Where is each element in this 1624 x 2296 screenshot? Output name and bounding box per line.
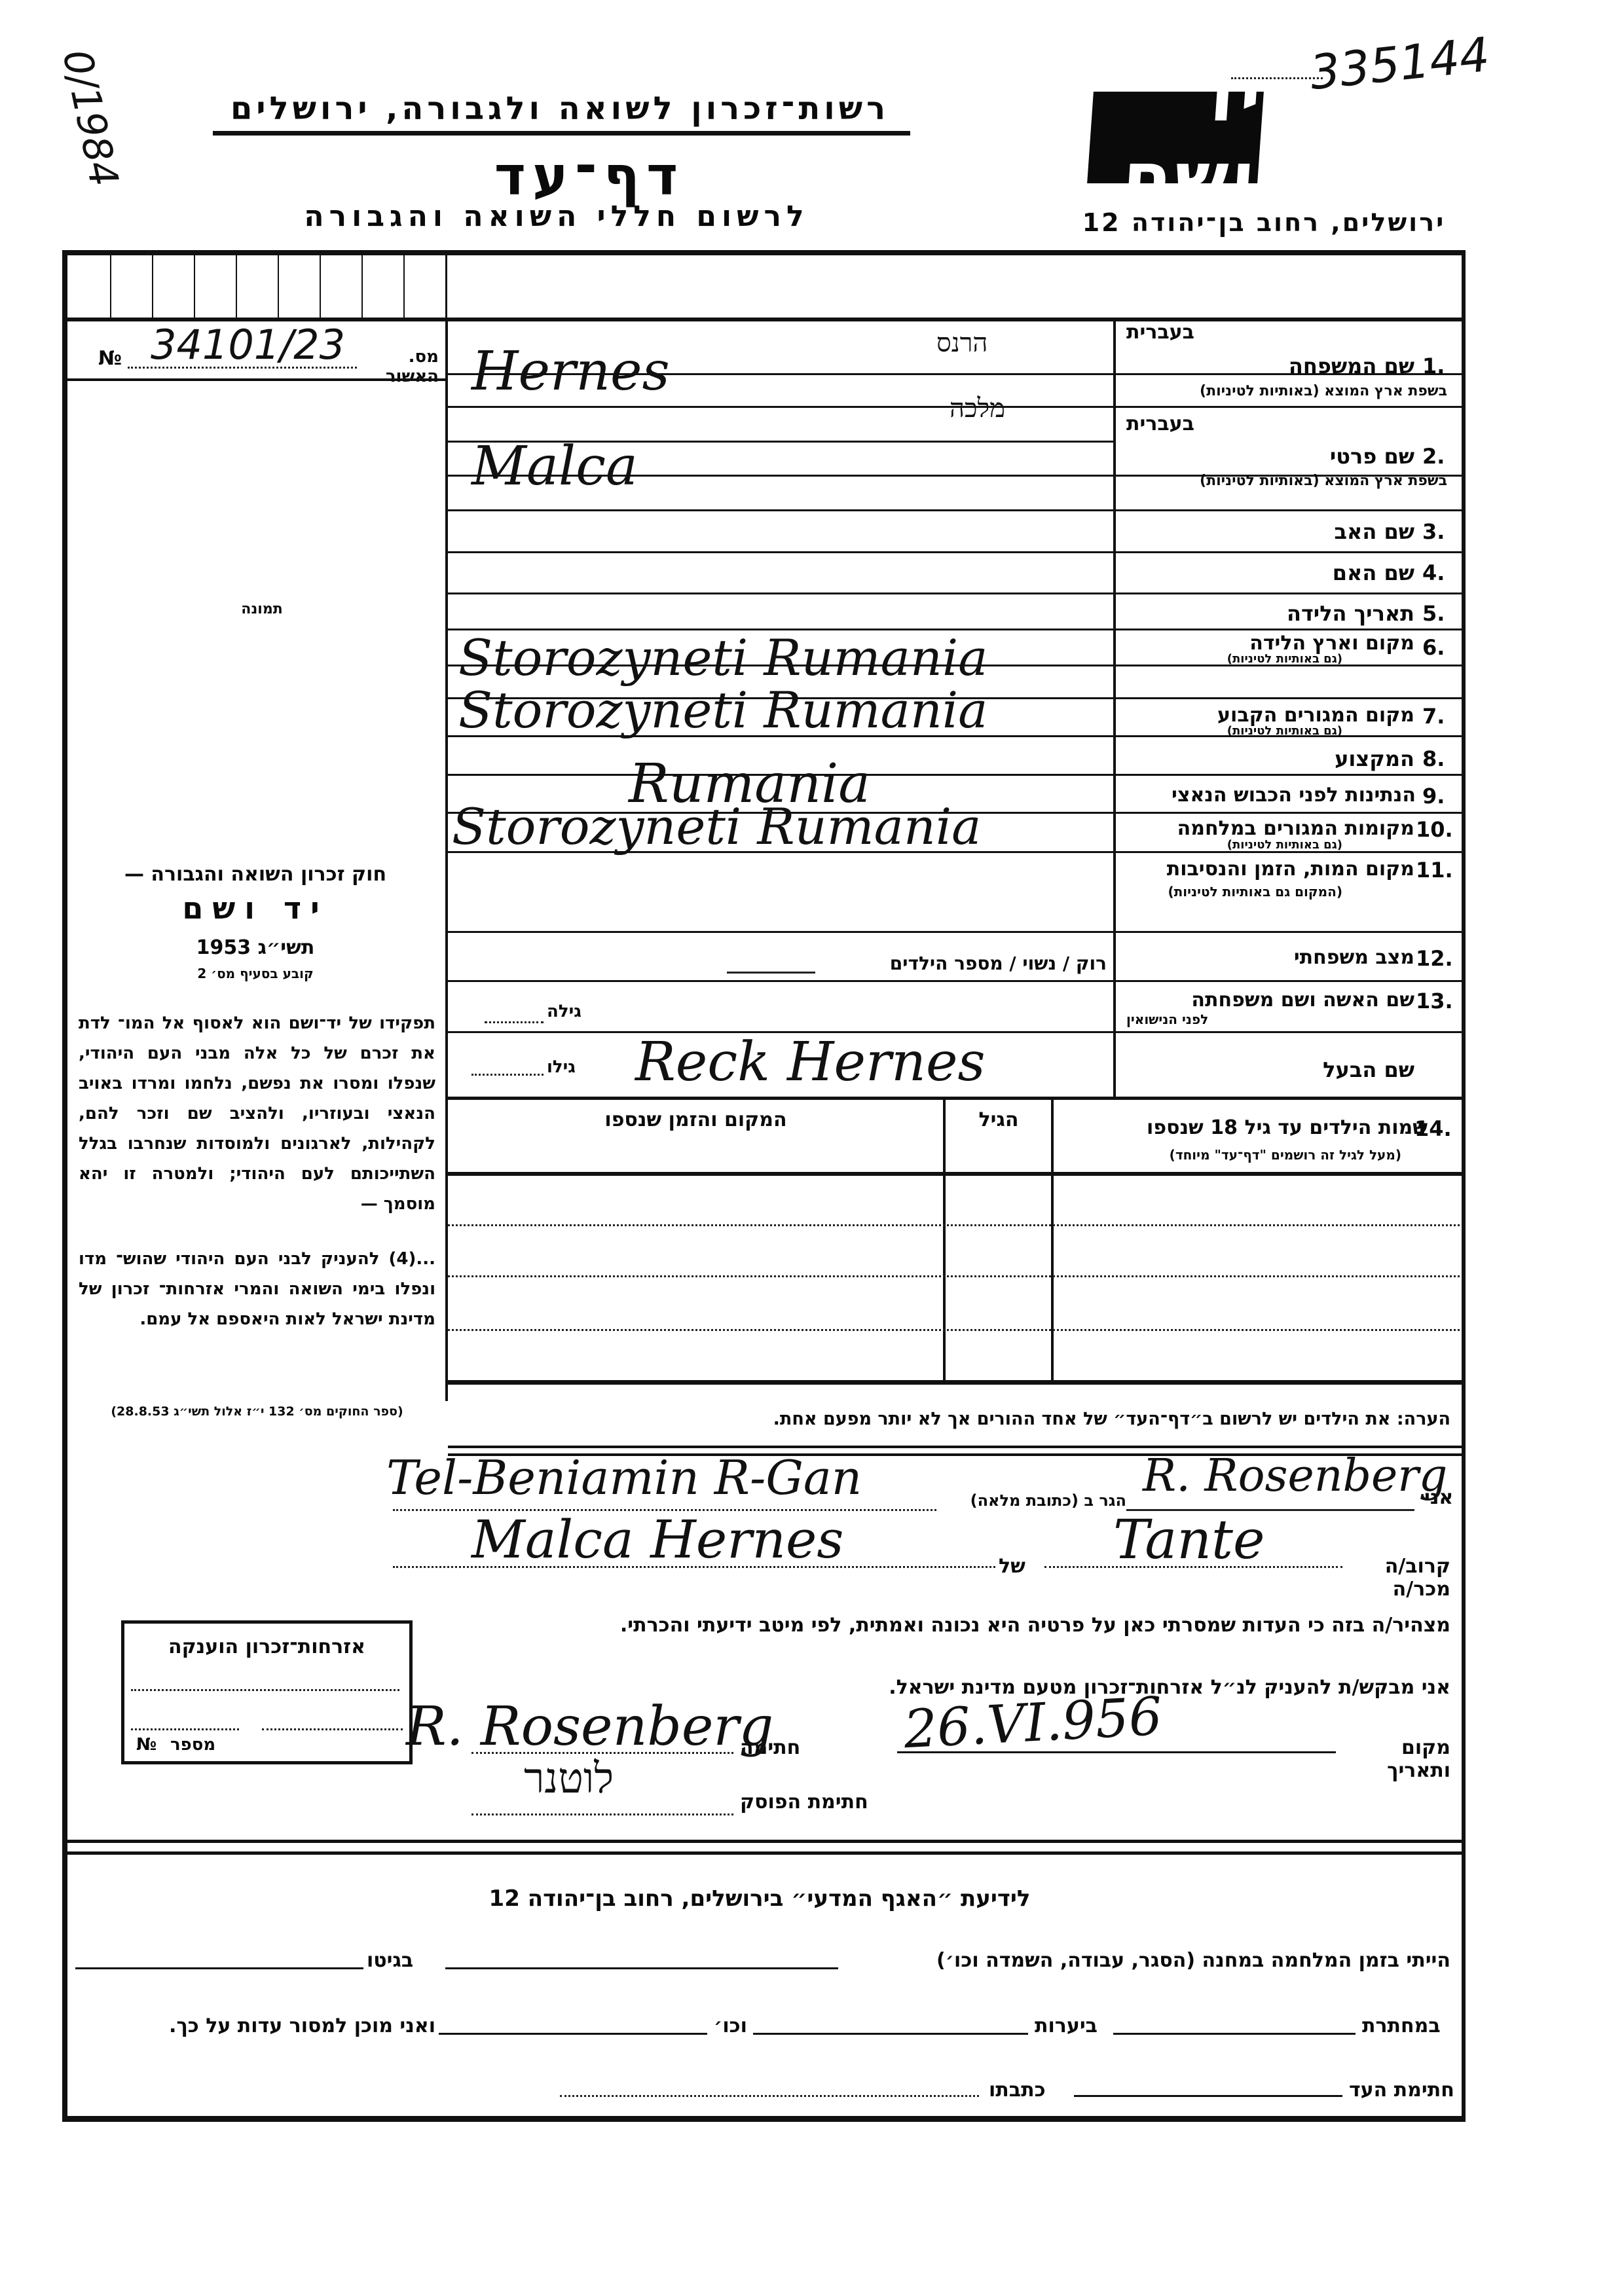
decl-relation-value[interactable]: Tante <box>1113 1509 1265 1571</box>
tick-box <box>445 255 447 318</box>
field-2-sub: בשפת ארץ המוצא (באותיות לטיניות) <box>1126 473 1447 489</box>
field-12-number: 12. <box>1416 946 1453 971</box>
tick-box <box>110 255 111 318</box>
footer-heading: לידיעת ״האגף המדעי״ בירושלים, רחוב בן־יה… <box>393 1886 1126 1912</box>
field-3-label: שם האב <box>1153 519 1414 544</box>
husband-value[interactable]: Reck Hernes <box>635 1031 986 1093</box>
citizenship-granted-box: אזרחות־זכרון הוענקה № מספר <box>121 1620 413 1764</box>
tick-box <box>194 255 195 318</box>
footer-separator-1 <box>65 1840 1464 1843</box>
tick-box <box>320 255 321 318</box>
decl-relation-line <box>1044 1566 1342 1568</box>
children-row[interactable] <box>452 1228 1460 1273</box>
row-line <box>1113 406 1462 408</box>
field-10-label: מקומות המגורים במלחמה <box>1139 817 1414 840</box>
law-citation: (ספר החוקים מס׳ 132 י״ז אלול תשי״ג 28.8.… <box>69 1404 445 1419</box>
wife-age-label: גילה <box>547 1002 581 1021</box>
children-header-line <box>448 1172 1462 1176</box>
field-1-label: שם המשפחה <box>1153 354 1414 378</box>
tick-box <box>278 255 279 318</box>
children-label: שמות הילדים עד גיל 18 שנספו <box>1061 1116 1428 1139</box>
children-count-line[interactable] <box>727 972 815 974</box>
child-place[interactable] <box>452 1178 940 1224</box>
field-7-value[interactable]: Storozyneti Rumania <box>458 681 987 739</box>
field-2-hebrew-tag: בעברית <box>1126 412 1231 435</box>
field-6-number: 6. <box>1422 635 1445 660</box>
footer-forests-line <box>753 2033 1028 2035</box>
decider-signature[interactable]: לוטנר <box>524 1755 614 1803</box>
footer-camp-label: הייתי בזמן המלחמה במחנה (הסגר, עבודה, הש… <box>845 1949 1450 1972</box>
children-note: הערה: את הילדים יש לרשום ב״דף־העד״ של אח… <box>668 1409 1450 1429</box>
child-place[interactable] <box>452 1228 940 1273</box>
field-5-number: 5. <box>1422 601 1445 626</box>
decider-line <box>471 1813 733 1815</box>
tick-box <box>236 255 237 318</box>
field-6-sub: (גם באותיות לטיניות) <box>1126 652 1342 666</box>
place-date-label: מקום ותאריך <box>1342 1736 1450 1782</box>
field-1-sub: בשפת ארץ המוצא (באותיות לטיניות) <box>1126 383 1447 399</box>
children-table-bottom <box>448 1380 1462 1385</box>
row-line <box>448 774 1462 776</box>
field-4-value[interactable] <box>452 554 1110 592</box>
children-row[interactable] <box>452 1278 1460 1327</box>
footer-underground-line <box>1113 2033 1356 2035</box>
field-13-number: 13. <box>1416 989 1453 1013</box>
child-place[interactable] <box>452 1278 940 1327</box>
citizenship-box-line-1 <box>131 1689 399 1691</box>
law-name: יד ושם <box>72 890 439 926</box>
field-8-label: המקצוע <box>1153 746 1414 771</box>
place-date-line <box>897 1751 1336 1753</box>
children-row[interactable] <box>452 1332 1460 1378</box>
footer-etc-line <box>439 2033 707 2035</box>
handwritten-ref-right: 335144 <box>1307 27 1492 100</box>
approval-no-sign: № <box>98 347 122 370</box>
decl-of-label: של <box>999 1555 1025 1578</box>
note-line-1 <box>448 1446 1462 1448</box>
field-4-label: שם האם <box>1153 560 1414 585</box>
child-name[interactable] <box>1054 1178 1460 1224</box>
field-7-number: 7. <box>1422 704 1445 729</box>
row-line <box>448 551 1462 553</box>
decider-label: חתימת הפוסק <box>740 1791 868 1813</box>
child-age[interactable] <box>946 1228 1051 1273</box>
footer-testify-label: ואני מוכן למסור עדות על כך. <box>79 2014 435 2037</box>
children-row-line <box>448 1275 1460 1277</box>
field-11-label: מקום המות, הזמן והנסיבות <box>1133 858 1414 881</box>
row-line <box>448 931 1462 933</box>
footer-witness-signature-line[interactable] <box>1074 2095 1342 2097</box>
field-11-value[interactable] <box>452 854 1110 930</box>
marital-status-options[interactable]: רוק / נשוי / מספר הילדים <box>819 953 1107 974</box>
child-place[interactable] <box>452 1332 940 1378</box>
footer-underground-label: במחתרת <box>1362 2014 1441 2037</box>
decl-of-line <box>393 1566 995 1568</box>
law-paragraph-1: תפקידו של יד־ושם הוא לאסוף אל המו־ לדת א… <box>79 1008 435 1219</box>
field-10-number: 10. <box>1416 817 1453 842</box>
child-name[interactable] <box>1054 1278 1460 1327</box>
frame-top <box>62 250 1466 255</box>
footer-etc-label: וכו׳ <box>714 2014 747 2037</box>
footer-address-label: כתבתו <box>989 2079 1046 2102</box>
field-2-latin-value[interactable]: Malca <box>471 435 638 498</box>
header-address: ירושלים, רחוב בן־יהודה 12 <box>1074 208 1454 237</box>
field-13-value[interactable] <box>589 985 1107 1028</box>
child-age[interactable] <box>946 1332 1051 1378</box>
field-2-hebrew-value[interactable]: מלכה <box>950 393 1005 424</box>
decl-name-value[interactable]: R. Rosenberg <box>1143 1450 1447 1502</box>
field-1-hebrew-value[interactable]: הרנס <box>936 327 987 358</box>
law-paragraph-2: ...(4) להעניק לבני העם היהודי שהוש־ מדו … <box>79 1244 435 1334</box>
handwritten-ref-left: 0/1984 <box>54 46 127 191</box>
approval-number-value[interactable]: 34101/23 <box>151 321 345 369</box>
row-line <box>448 1097 1462 1100</box>
tick-box <box>361 255 363 318</box>
footer-forests-label: ביערות <box>1035 2014 1098 2037</box>
child-name[interactable] <box>1054 1332 1460 1378</box>
field-6-value[interactable]: Storozyneti Rumania <box>458 629 987 687</box>
field-1-latin-value[interactable]: Hernes <box>471 340 670 403</box>
citizenship-box-title: אזרחות־זכרון הוענקה <box>124 1635 409 1658</box>
field-5-value[interactable] <box>452 595 1110 628</box>
field-7-sub: (גם באותיות לטיניות) <box>1126 724 1342 738</box>
decl-address-value[interactable]: Tel-Beniamin R-Gan <box>386 1450 862 1505</box>
left-column-divider <box>445 321 448 1401</box>
footer-separator-2 <box>65 1851 1464 1855</box>
footer-ghetto-line <box>75 1967 363 1969</box>
yad-vashem-logo: יד ושם <box>1087 92 1264 183</box>
law-section: קובע בסעיף מס׳ 2 <box>72 966 439 981</box>
field-13-sub: לפני הנישואין <box>1126 1011 1244 1027</box>
footer-ghetto-label: בגיטו <box>367 1949 413 1972</box>
field-5-label: תאריך הלידה <box>1153 601 1414 626</box>
field-9-number: 9. <box>1422 784 1445 809</box>
children-row-line <box>448 1329 1460 1331</box>
citizenship-box-line-3 <box>262 1728 403 1730</box>
field-2-number: 2. <box>1422 444 1445 469</box>
children-col-place: המקום והזמן שנספו <box>452 1108 940 1131</box>
children-row-line <box>448 1224 1460 1226</box>
footer-address-line[interactable] <box>560 2095 979 2097</box>
field-1-number: 1. <box>1422 354 1445 378</box>
field-4-number: 4. <box>1422 560 1445 585</box>
row-line <box>448 406 1113 408</box>
header-underline <box>213 131 910 136</box>
children-col-age: הגיל <box>950 1108 1048 1131</box>
child-name[interactable] <box>1054 1228 1460 1273</box>
field-8-number: 8. <box>1422 746 1445 771</box>
form-subtitle: לרשום חללי השואה והגבורה <box>262 200 851 233</box>
field-1-hebrew-tag: בעברית <box>1126 321 1231 344</box>
signature-line <box>471 1752 733 1754</box>
row-line <box>448 592 1462 594</box>
field-3-number: 3. <box>1422 519 1445 544</box>
tick-box <box>403 255 405 318</box>
footer-camp-line <box>445 1967 838 1969</box>
tick-box <box>152 255 153 318</box>
husband-label: שם הבעל <box>1153 1057 1414 1082</box>
field-9-label: הנתינות לפני הכבוש הנאצי <box>1121 784 1416 807</box>
citizenship-no-sign: № <box>136 1735 157 1755</box>
husband-age-line[interactable] <box>471 1074 544 1076</box>
children-row[interactable] <box>452 1178 1460 1224</box>
child-age[interactable] <box>946 1178 1051 1224</box>
citizenship-number-label: מספר <box>170 1735 215 1755</box>
law-year: תשי״ג 1953 <box>72 936 439 959</box>
field-6-label: מקום וארץ הלידה <box>1153 632 1414 655</box>
wife-age-line[interactable] <box>485 1021 544 1023</box>
field-11-sub: (המקום גם באותיות לטיניות) <box>1126 884 1342 900</box>
child-age[interactable] <box>946 1278 1051 1327</box>
photo-placeholder[interactable] <box>69 381 442 833</box>
decl-statement: מצהיר/ה בזה כי העדות שמסרתי כאן על פרטיה… <box>458 1614 1450 1637</box>
frame-bottom <box>62 2116 1466 2122</box>
field-13-label: שם האשה ושם משפחתה <box>1126 989 1414 1011</box>
children-sub: (מעל לגיל זה רושמים "דף־עד" מיוחד) <box>1061 1147 1401 1163</box>
form-title: דף־עד <box>393 145 786 208</box>
place-date-value[interactable]: 26.VI.956 <box>902 1686 1164 1760</box>
field-2-label: שם פרטי <box>1153 444 1414 469</box>
field-12-label: מצב משפחתי <box>1153 946 1414 969</box>
signature-value[interactable]: R. Rosenberg <box>406 1696 773 1758</box>
field-11-number: 11. <box>1416 858 1453 883</box>
decl-residing-label: הגר ב (כתובת מלאה) <box>940 1491 1126 1510</box>
row-line <box>448 509 1462 511</box>
decl-of-value[interactable]: Malca Hernes <box>471 1509 843 1570</box>
row-line <box>448 980 1462 982</box>
husband-age-label: גילו <box>547 1057 576 1077</box>
field-10-sub: (גם באותיות לטיניות) <box>1126 838 1342 852</box>
decl-relative-label: קרוב/ה מכר/ה <box>1342 1555 1450 1601</box>
footer-witness-signature-label: חתימת העד <box>1349 2079 1454 2102</box>
authority-name: רשות־זכרון לשואה ולגבורה, ירושלים <box>210 90 910 127</box>
children-number: 14. <box>1414 1116 1452 1141</box>
field-7-label: מקום המגורים הקבוע <box>1153 704 1414 727</box>
law-title: חוק זכרון השואה והגבורה — <box>72 863 439 886</box>
field-10-value[interactable]: Storozyneti Rumania <box>452 797 981 856</box>
citizenship-box-line-2 <box>131 1728 239 1730</box>
field-3-value[interactable] <box>452 512 1110 550</box>
